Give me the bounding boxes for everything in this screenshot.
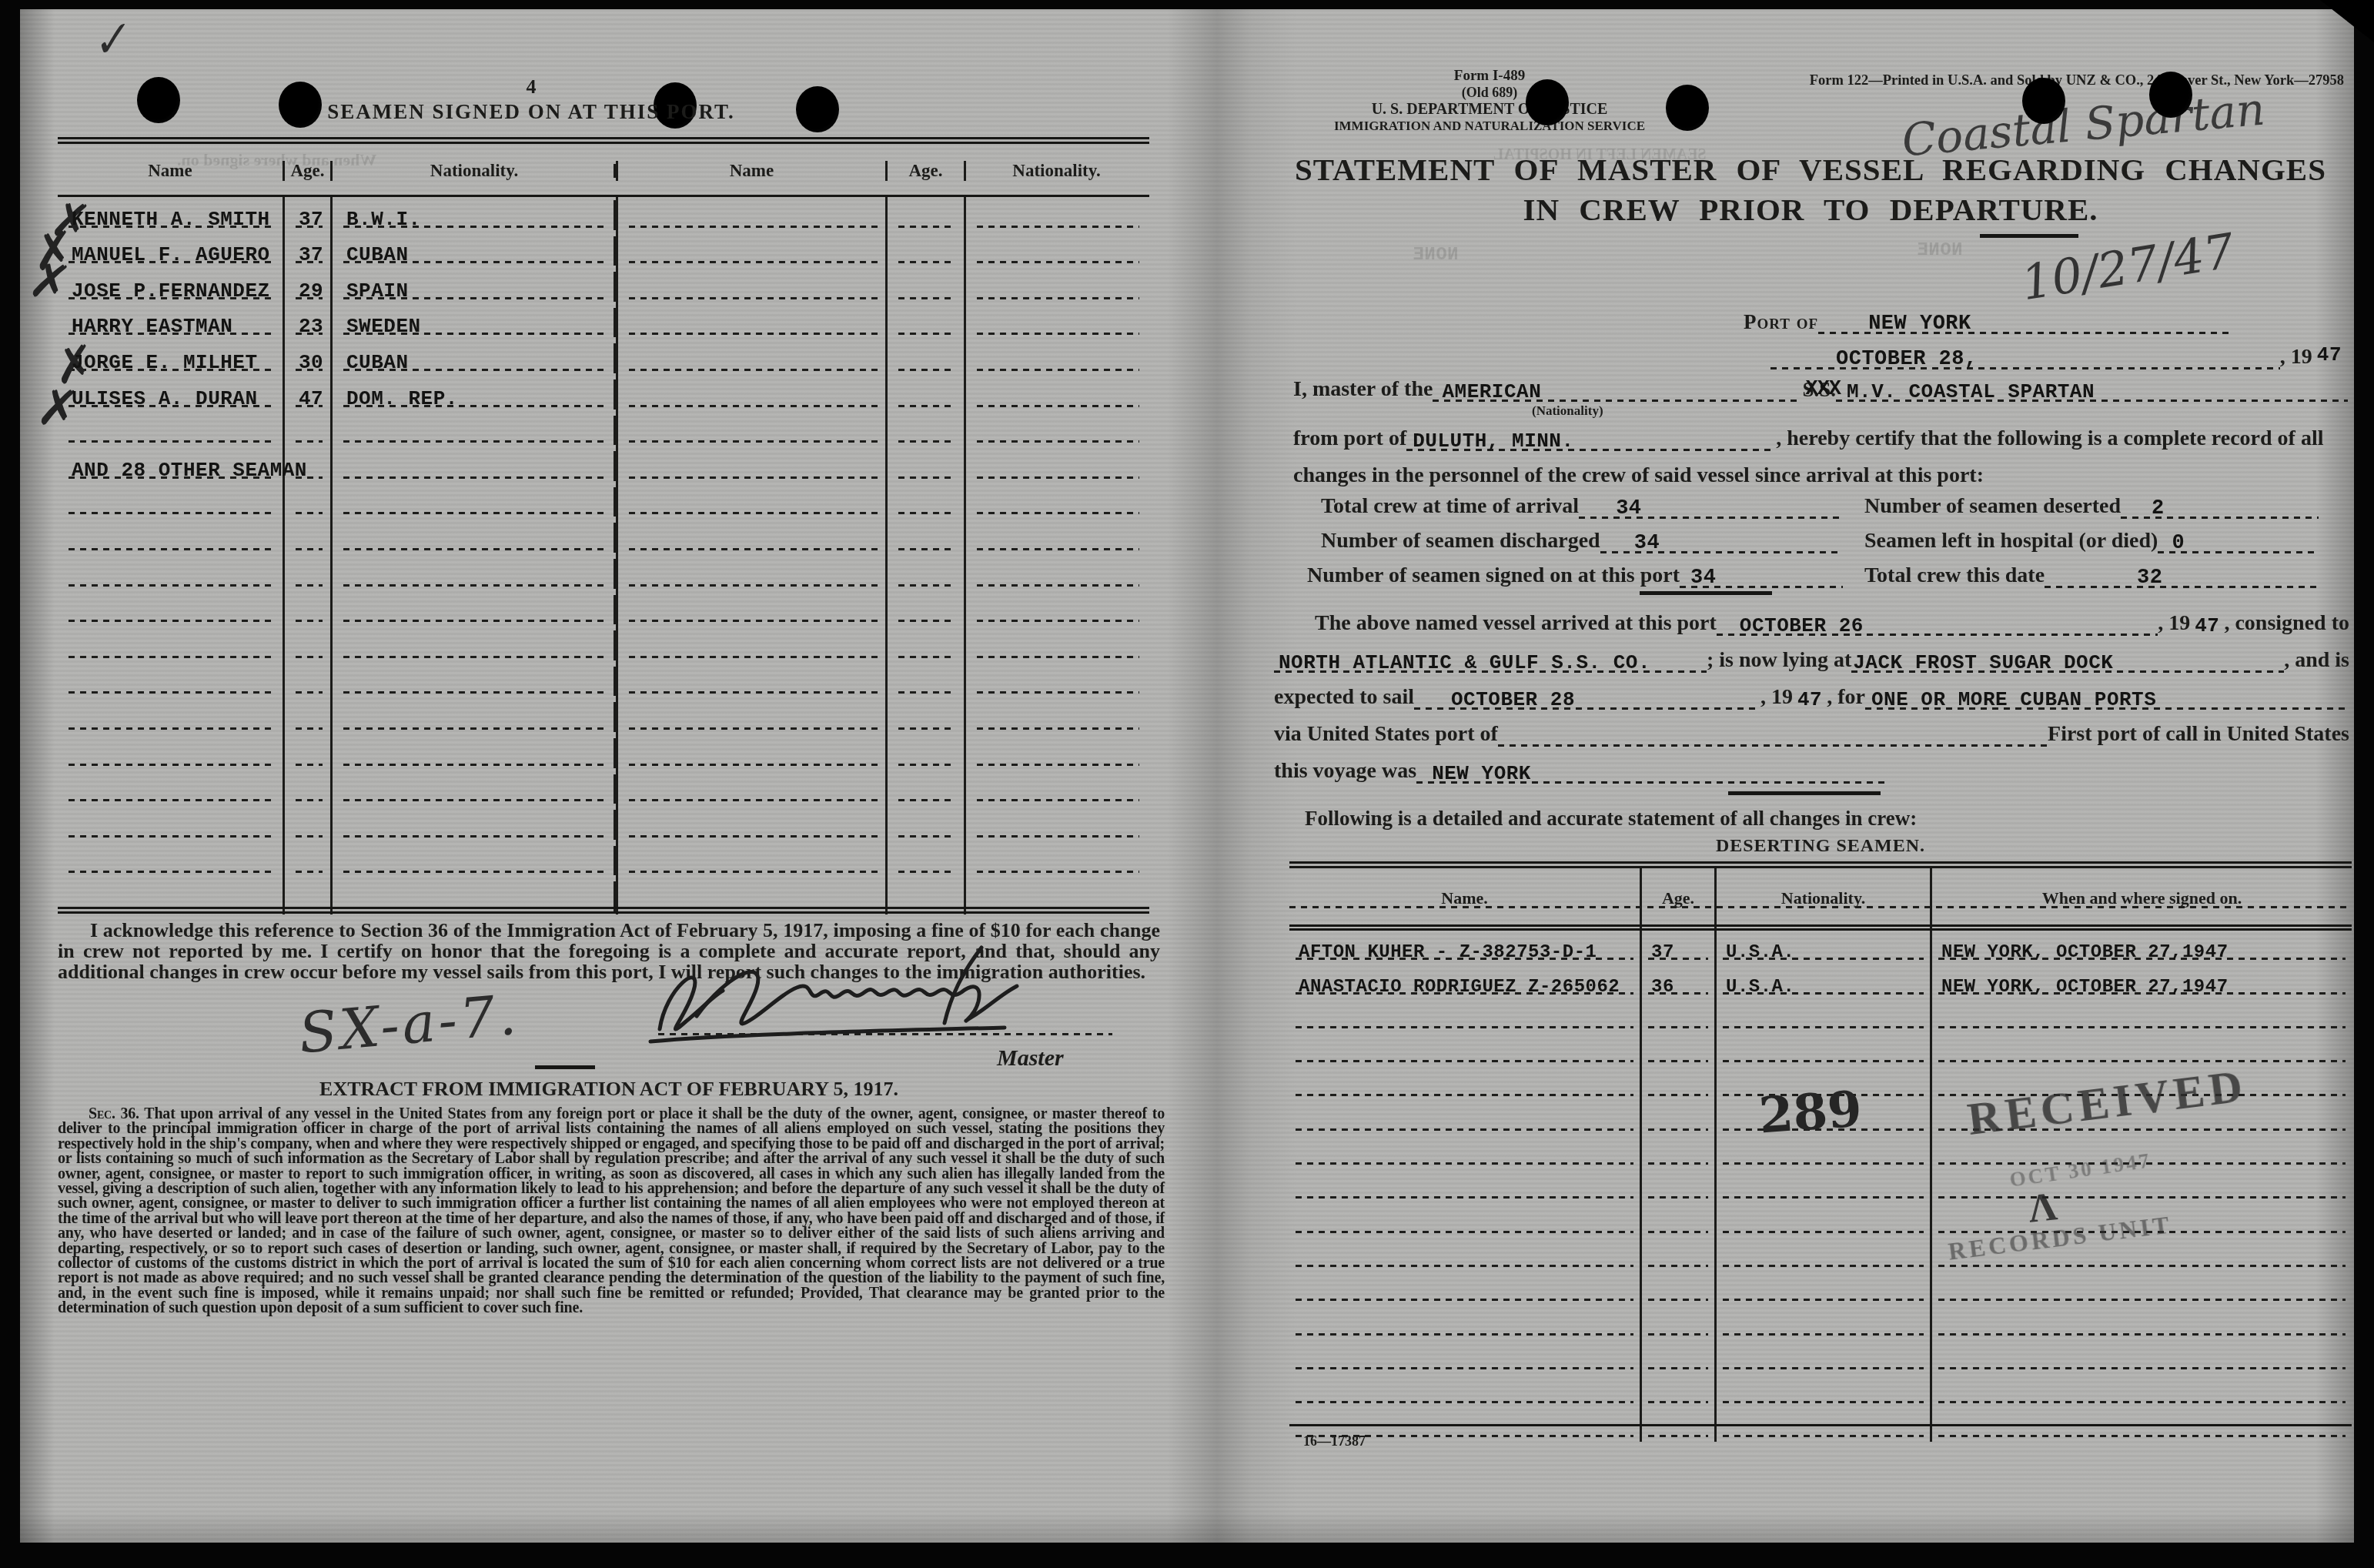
section-divider (535, 1065, 595, 1069)
punch-hole (137, 77, 180, 123)
table-cell (58, 484, 283, 520)
arrival-line-4: via United States port of First port of … (1274, 720, 2349, 747)
consignee-value: NORTH ATLANTIC & GULF S.S. CO. (1279, 651, 1650, 674)
cell-value: 37 (299, 243, 323, 266)
table-row: HARRY EASTMAN23SWEDEN (58, 305, 1149, 341)
arrival-line-2: NORTH ATLANTIC & GULF S.S. CO. ; is now … (1274, 647, 2349, 673)
table-cell (1289, 1135, 1640, 1169)
table-cell (283, 627, 333, 664)
lying-at-label: ; is now lying at (1707, 648, 1851, 673)
table-cell: U.S.A. (1717, 965, 1932, 998)
arrival-prefix: The above named vessel arrived at this p… (1293, 611, 1717, 636)
table-cell: CUBAN (333, 340, 616, 376)
table-cell: 29 (283, 269, 333, 305)
deserters-table-body: AFTON KUHER - Z-382753-D-137U.S.A.NEW YO… (1289, 931, 2352, 1442)
cell-value: CUBAN (346, 351, 409, 374)
table-cell (885, 807, 966, 843)
header-rule (1289, 924, 2352, 931)
cell-value: SWEDEN (346, 315, 421, 338)
punch-hole (1666, 85, 1709, 131)
table-row (58, 627, 1149, 664)
table-cell (1289, 999, 1640, 1033)
table-cell: SPAIN (333, 269, 616, 305)
cell-value: KENNETH A. SMITH (72, 208, 270, 231)
table-row (1289, 1203, 2352, 1237)
table-cell (966, 448, 1147, 484)
table-cell (616, 592, 885, 628)
dock-value: JACK FROST SUGAR DOCK (1853, 651, 2113, 674)
table-row (1289, 1169, 2352, 1203)
stats-row: Number of seamen signed on at this port … (1307, 562, 2319, 588)
cell-value: CUBAN (346, 243, 409, 266)
and-is-label: , and is (2284, 648, 2349, 673)
bleed-through-text: NONE (1413, 245, 1459, 266)
table-cell (58, 807, 283, 843)
table-cell (1289, 1101, 1640, 1135)
table-cell: AND 28 OTHER SEAMAN (58, 448, 283, 484)
destination-value: ONE OR MORE CUBAN PORTS (1871, 688, 2156, 711)
sail-year-prefix: , 19 (1760, 685, 1793, 710)
table-cell (1289, 1272, 1640, 1306)
table-cell: 36 (1640, 965, 1717, 998)
table-top-rule (58, 137, 1149, 144)
table-cell (616, 269, 885, 305)
table-row (58, 556, 1149, 592)
table-cell (1932, 1169, 2352, 1203)
punch-hole (1526, 79, 1569, 125)
table-cell (885, 197, 966, 233)
table-bottom-rule (58, 907, 1149, 914)
table-row: AND 28 OTHER SEAMAN (58, 448, 1149, 484)
port-value: NEW YORK (1868, 313, 1971, 336)
following-line: Following is a detailed and accurate sta… (1305, 807, 1917, 831)
from-port-prefix: from port of (1293, 426, 1406, 451)
table-cell: 37 (283, 233, 333, 269)
table-cell (966, 340, 1147, 376)
table-cell (333, 807, 616, 843)
table-cell (58, 520, 283, 556)
table-row (58, 699, 1149, 735)
table-cell (283, 807, 333, 843)
table-cell (1932, 1033, 2352, 1067)
table-cell: 47 (283, 376, 333, 413)
port-label: Port of (1744, 310, 1818, 334)
table-cell (616, 520, 885, 556)
table-cell: MANUEL F. AGUERO (58, 233, 283, 269)
table-cell (1717, 999, 1932, 1033)
column-header: Name (616, 161, 885, 181)
arrival-year-prefix: , 19 (2158, 611, 2190, 636)
stat-label: Number of seamen deserted (1864, 494, 2121, 519)
table-cell (966, 376, 1147, 413)
table-cell (885, 735, 966, 771)
table-cell (1640, 1238, 1717, 1272)
table-cell (58, 735, 283, 771)
punch-hole (2149, 72, 2192, 118)
column-header: Age. (283, 161, 333, 181)
table-cell (333, 484, 616, 520)
table-cell (966, 556, 1147, 592)
cell-value: ANASTACIO RODRIGUEZ Z-265062 (1299, 977, 1620, 998)
table-cell (1717, 1033, 1932, 1067)
arrival-suffix: , consigned to (2224, 611, 2349, 636)
footer-plate-number: 16—17387 (1303, 1433, 1366, 1449)
table-cell (885, 592, 966, 628)
table-cell (966, 520, 1147, 556)
cell-value: B.W.I. (346, 208, 421, 231)
form-number: Form I-489 (1309, 68, 1670, 85)
punch-hole (796, 86, 839, 132)
table-cell (885, 484, 966, 520)
table-cell (58, 413, 283, 449)
table-cell (333, 413, 616, 449)
via-port-label: via United States port of (1274, 722, 1498, 747)
table-row: JORGE E. MILHET30CUBAN (58, 340, 1149, 376)
table-cell (616, 556, 885, 592)
table-cell (885, 413, 966, 449)
table-cell (616, 735, 885, 771)
deserters-header-row: Name.Age.Nationality.When and where sign… (1289, 868, 2352, 928)
cell-value: NEW YORK, OCTOBER 27,1947 (1941, 942, 2229, 963)
table-cell (58, 843, 283, 879)
table-cell (1640, 1101, 1717, 1135)
corner-cut (2320, 0, 2374, 42)
table-cell (966, 413, 1147, 449)
table-cell (885, 664, 966, 700)
year-value: 47 (2317, 343, 2342, 366)
table-row: MANUEL F. AGUERO37CUBAN (58, 233, 1149, 269)
sec36-text: That upon arrival of any vessel in the U… (58, 1105, 1165, 1316)
section-divider (1728, 791, 1881, 795)
table-cell: 37 (283, 197, 333, 233)
table-cell (283, 484, 333, 520)
stat-value: 34 (1634, 532, 1660, 555)
stat-value: 34 (1616, 497, 1641, 520)
table-cell (58, 771, 283, 807)
table-cell (283, 843, 333, 879)
form-title-line2: IN CREW PRIOR TO DEPARTURE. (1295, 191, 2326, 228)
table-cell (1640, 1135, 1717, 1169)
table-cell (333, 592, 616, 628)
cell-value: SPAIN (346, 279, 409, 303)
column-header: Nationality. (1717, 868, 1932, 928)
table-row (1289, 1272, 2352, 1306)
table-row (58, 807, 1149, 843)
table-cell (1932, 1306, 2352, 1339)
table-row (1289, 1238, 2352, 1272)
table-cell (1717, 1340, 1932, 1374)
from-port-suffix: , hereby certify that the following is a… (1776, 426, 2323, 451)
table-cell: DOM. REP. (333, 376, 616, 413)
arrival-year: 47 (2195, 614, 2219, 637)
stats-row: Total crew at time of arrival 34 Number … (1321, 493, 2319, 519)
table-cell (885, 448, 966, 484)
table-top-rule (1289, 861, 2352, 868)
table-cell (1932, 1272, 2352, 1306)
column-header: Name. (1289, 868, 1640, 928)
table-cell (885, 269, 966, 305)
column-header: Nationality. (966, 161, 1147, 181)
year-prefix: , 19 (2280, 345, 2312, 369)
table-cell: AFTON KUHER - Z-382753-D-1 (1289, 931, 1640, 965)
master-prefix: I, master of the (1293, 377, 1433, 402)
stat-label: Total crew at time of arrival (1321, 494, 1579, 519)
table-cell (616, 413, 885, 449)
stat-value: 0 (2172, 532, 2185, 555)
crew-table-body: KENNETH A. SMITH37B.W.I.MANUEL F. AGUERO… (58, 197, 1149, 914)
table-cell (333, 664, 616, 700)
table-bottom-rule (1289, 1424, 2352, 1426)
cell-value: AND 28 OTHER SEAMAN (72, 459, 307, 482)
table-cell (616, 771, 885, 807)
table-cell (283, 520, 333, 556)
table-cell (885, 843, 966, 879)
scanned-document: ✓ 4 SEAMEN SIGNED ON AT THIS PORT. When … (0, 0, 2374, 1568)
table-cell: ANASTACIO RODRIGUEZ Z-265062 (1289, 965, 1640, 998)
table-cell (333, 520, 616, 556)
table-cell (1640, 999, 1717, 1033)
table-cell (885, 305, 966, 341)
table-cell (1289, 1067, 1640, 1101)
table-row: JOSE P.FERNANDEZ29SPAIN (58, 269, 1149, 305)
table-row: ANASTACIO RODRIGUEZ Z-26506236U.S.A.NEW … (1289, 965, 2352, 998)
stats-divider (1640, 591, 1772, 595)
header-dash-rule (1289, 906, 2352, 908)
table-cell: U.S.A. (1717, 931, 1932, 965)
table-cell (1289, 1169, 1640, 1203)
table-cell (58, 627, 283, 664)
table-cell (616, 197, 885, 233)
cell-value: 37 (1651, 942, 1674, 963)
table-row (1289, 1374, 2352, 1408)
bleed-through-text: NONE (1917, 240, 1963, 261)
table-cell (616, 484, 885, 520)
table-cell (1932, 1374, 2352, 1408)
table-cell (966, 627, 1147, 664)
table-row (58, 413, 1149, 449)
table-cell (966, 592, 1147, 628)
table-row (58, 484, 1149, 520)
table-row (1289, 1306, 2352, 1339)
table-cell: CUBAN (333, 233, 616, 269)
cell-value: 37 (299, 208, 323, 231)
table-cell (885, 627, 966, 664)
table-cell (966, 197, 1147, 233)
table-cell (1289, 1306, 1640, 1339)
stat-label: Seamen left in hospital (or died) (1864, 529, 2158, 553)
table-cell (58, 556, 283, 592)
from-port-line: from port of DULUTH, MINN. , hereby cert… (1293, 425, 2348, 451)
cell-value: ULISES A. DURAN (72, 387, 258, 410)
column-header: Name (58, 161, 283, 181)
table-cell (283, 413, 333, 449)
arrival-line-3: expected to sail OCTOBER 28 , 19 47 , fo… (1274, 684, 2349, 710)
stat-value: 32 (2137, 567, 2162, 590)
cell-value: JORGE E. MILHET (72, 351, 258, 374)
table-cell (1289, 1203, 1640, 1237)
table-cell (58, 664, 283, 700)
table-cell (1640, 1340, 1717, 1374)
table-cell (616, 448, 885, 484)
table-cell (283, 771, 333, 807)
stat-value: 34 (1690, 567, 1716, 590)
master-line: I, master of the AMERICAN S.S. XXX M.V. … (1293, 376, 2348, 402)
table-cell (333, 735, 616, 771)
stat-value: 2 (2152, 497, 2165, 520)
table-cell: NEW YORK, OCTOBER 27,1947 (1932, 965, 2352, 998)
table-cell (1640, 1169, 1717, 1203)
cell-value: U.S.A. (1726, 977, 1794, 998)
sail-year: 47 (1797, 688, 1822, 711)
table-cell (283, 699, 333, 735)
table-cell (616, 233, 885, 269)
table-row (58, 771, 1149, 807)
table-cell (1932, 999, 2352, 1033)
table-row: AFTON KUHER - Z-382753-D-137U.S.A.NEW YO… (1289, 931, 2352, 965)
punch-hole (2022, 78, 2065, 124)
table-cell: NEW YORK, OCTOBER 27,1947 (1932, 931, 2352, 965)
cell-value: HARRY EASTMAN (72, 315, 232, 338)
table-cell (616, 699, 885, 735)
table-cell (966, 269, 1147, 305)
table-cell (885, 340, 966, 376)
table-cell (966, 233, 1147, 269)
page-number: 4 (308, 75, 754, 99)
stats-row: Number of seamen discharged 34 Seamen le… (1321, 527, 2319, 553)
table-cell (283, 556, 333, 592)
table-cell (283, 592, 333, 628)
table-cell (885, 233, 966, 269)
date-line: OCTOBER 28, , 19 47 (1770, 343, 2346, 369)
table-cell (966, 807, 1147, 843)
deserting-seamen-table: Name.Age.Nationality.When and where sign… (1289, 851, 2352, 1442)
for-label: , for (1827, 685, 1865, 710)
arrival-line-1: The above named vessel arrived at this p… (1293, 610, 2349, 636)
table-row: ULISES A. DURAN47DOM. REP. (58, 376, 1149, 413)
column-header: Age. (1640, 868, 1717, 928)
table-cell (966, 735, 1147, 771)
table-cell (616, 340, 885, 376)
table-cell (966, 484, 1147, 520)
table-cell (1640, 1033, 1717, 1067)
port-line: Port of NEW YORK (1744, 308, 2229, 334)
table-cell (885, 556, 966, 592)
table-cell (58, 592, 283, 628)
table-cell: 37 (1640, 931, 1717, 965)
cell-value: U.S.A. (1726, 942, 1794, 963)
table-cell (885, 771, 966, 807)
table-cell: 30 (283, 340, 333, 376)
date-value: OCTOBER 28, (1836, 348, 1978, 371)
signature-line (658, 1033, 1112, 1035)
cell-value: 47 (299, 387, 323, 410)
changes-line: changes in the personnel of the crew of … (1293, 463, 1984, 488)
column-header: When and where signed on. (1932, 868, 2352, 928)
table-cell (966, 664, 1147, 700)
table-row (58, 735, 1149, 771)
cell-value: DOM. REP. (346, 387, 458, 410)
cell-value: MANUEL F. AGUERO (72, 243, 270, 266)
table-cell (616, 843, 885, 879)
table-cell (1640, 1067, 1717, 1101)
table-cell (616, 627, 885, 664)
vessel-name: M.V. COASTAL SPARTAN (1847, 380, 2095, 403)
table-row (58, 520, 1149, 556)
department-line: U. S. DEPARTMENT OF JUSTICE (1309, 101, 1670, 119)
table-row (1289, 999, 2352, 1033)
table-cell (885, 699, 966, 735)
arrival-date: OCTOBER 26 (1740, 614, 1864, 637)
form-number-old: (Old 689) (1309, 85, 1670, 101)
vessel-nationality: AMERICAN (1442, 380, 1541, 403)
table-cell (283, 664, 333, 700)
cell-value: 29 (299, 279, 323, 303)
sec36-paragraph: Sec. 36. That upon arrival of any vessel… (58, 1107, 1165, 1316)
crew-table-header-row: NameAge.Nationality.NameAge.Nationality. (58, 144, 1149, 197)
sail-date: OCTOBER 28 (1451, 688, 1575, 711)
cell-value: 23 (299, 315, 323, 338)
nationality-caption: (Nationality) (1532, 403, 1603, 419)
table-cell (1289, 1238, 1640, 1272)
table-cell (1717, 1374, 1932, 1408)
title-underline (1980, 234, 2078, 238)
table-cell (333, 556, 616, 592)
form-title-line1: STATEMENT OF MASTER OF VESSEL REGARDING … (1295, 151, 2326, 188)
seamen-signed-on-table: NameAge.Nationality.NameAge.Nationality.… (58, 137, 1149, 914)
arrival-line-5: this voyage was NEW YORK (1274, 757, 1890, 784)
cell-value: 30 (299, 351, 323, 374)
column-header: Age. (885, 161, 966, 181)
column-header: Nationality. (333, 161, 616, 181)
table-cell (1717, 1169, 1932, 1203)
first-port-value: NEW YORK (1432, 762, 1531, 785)
voyage-label: this voyage was (1274, 759, 1416, 784)
table-cell: JOSE P.FERNANDEZ (58, 269, 283, 305)
stat-label: Number of seamen discharged (1321, 529, 1600, 553)
table-row (58, 664, 1149, 700)
table-cell (333, 627, 616, 664)
table-cell (616, 807, 885, 843)
handwritten-file-number: 289 (1757, 1080, 1864, 1145)
table-cell (1640, 1374, 1717, 1408)
ss-label: S.S. XXX (1802, 378, 1836, 402)
first-port-label: First port of call in United States (2048, 722, 2349, 747)
table-cell (1717, 1203, 1932, 1237)
table-cell (58, 699, 283, 735)
table-cell (1289, 1340, 1640, 1374)
table-cell (1640, 1306, 1717, 1339)
form-id-block: Form I-489 (Old 689) U. S. DEPARTMENT OF… (1309, 68, 1670, 134)
sail-label: expected to sail (1274, 685, 1414, 710)
table-cell: 23 (283, 305, 333, 341)
stat-label: Total crew this date (1864, 563, 2045, 588)
table-cell (966, 305, 1147, 341)
from-port-value: DULUTH, MINN. (1413, 430, 1573, 453)
stat-label: Number of seamen signed on at this port (1307, 563, 1680, 588)
table-cell (966, 771, 1147, 807)
table-row (1289, 1340, 2352, 1374)
table-cell (885, 376, 966, 413)
table-cell (966, 843, 1147, 879)
table-cell (333, 843, 616, 879)
table-cell (1640, 1272, 1717, 1306)
table-cell: SWEDEN (333, 305, 616, 341)
table-cell (1717, 1272, 1932, 1306)
table-cell: B.W.I. (333, 197, 616, 233)
table-cell (616, 305, 885, 341)
table-cell (616, 376, 885, 413)
service-line: IMMIGRATION AND NATURALIZATION SERVICE (1309, 119, 1670, 134)
